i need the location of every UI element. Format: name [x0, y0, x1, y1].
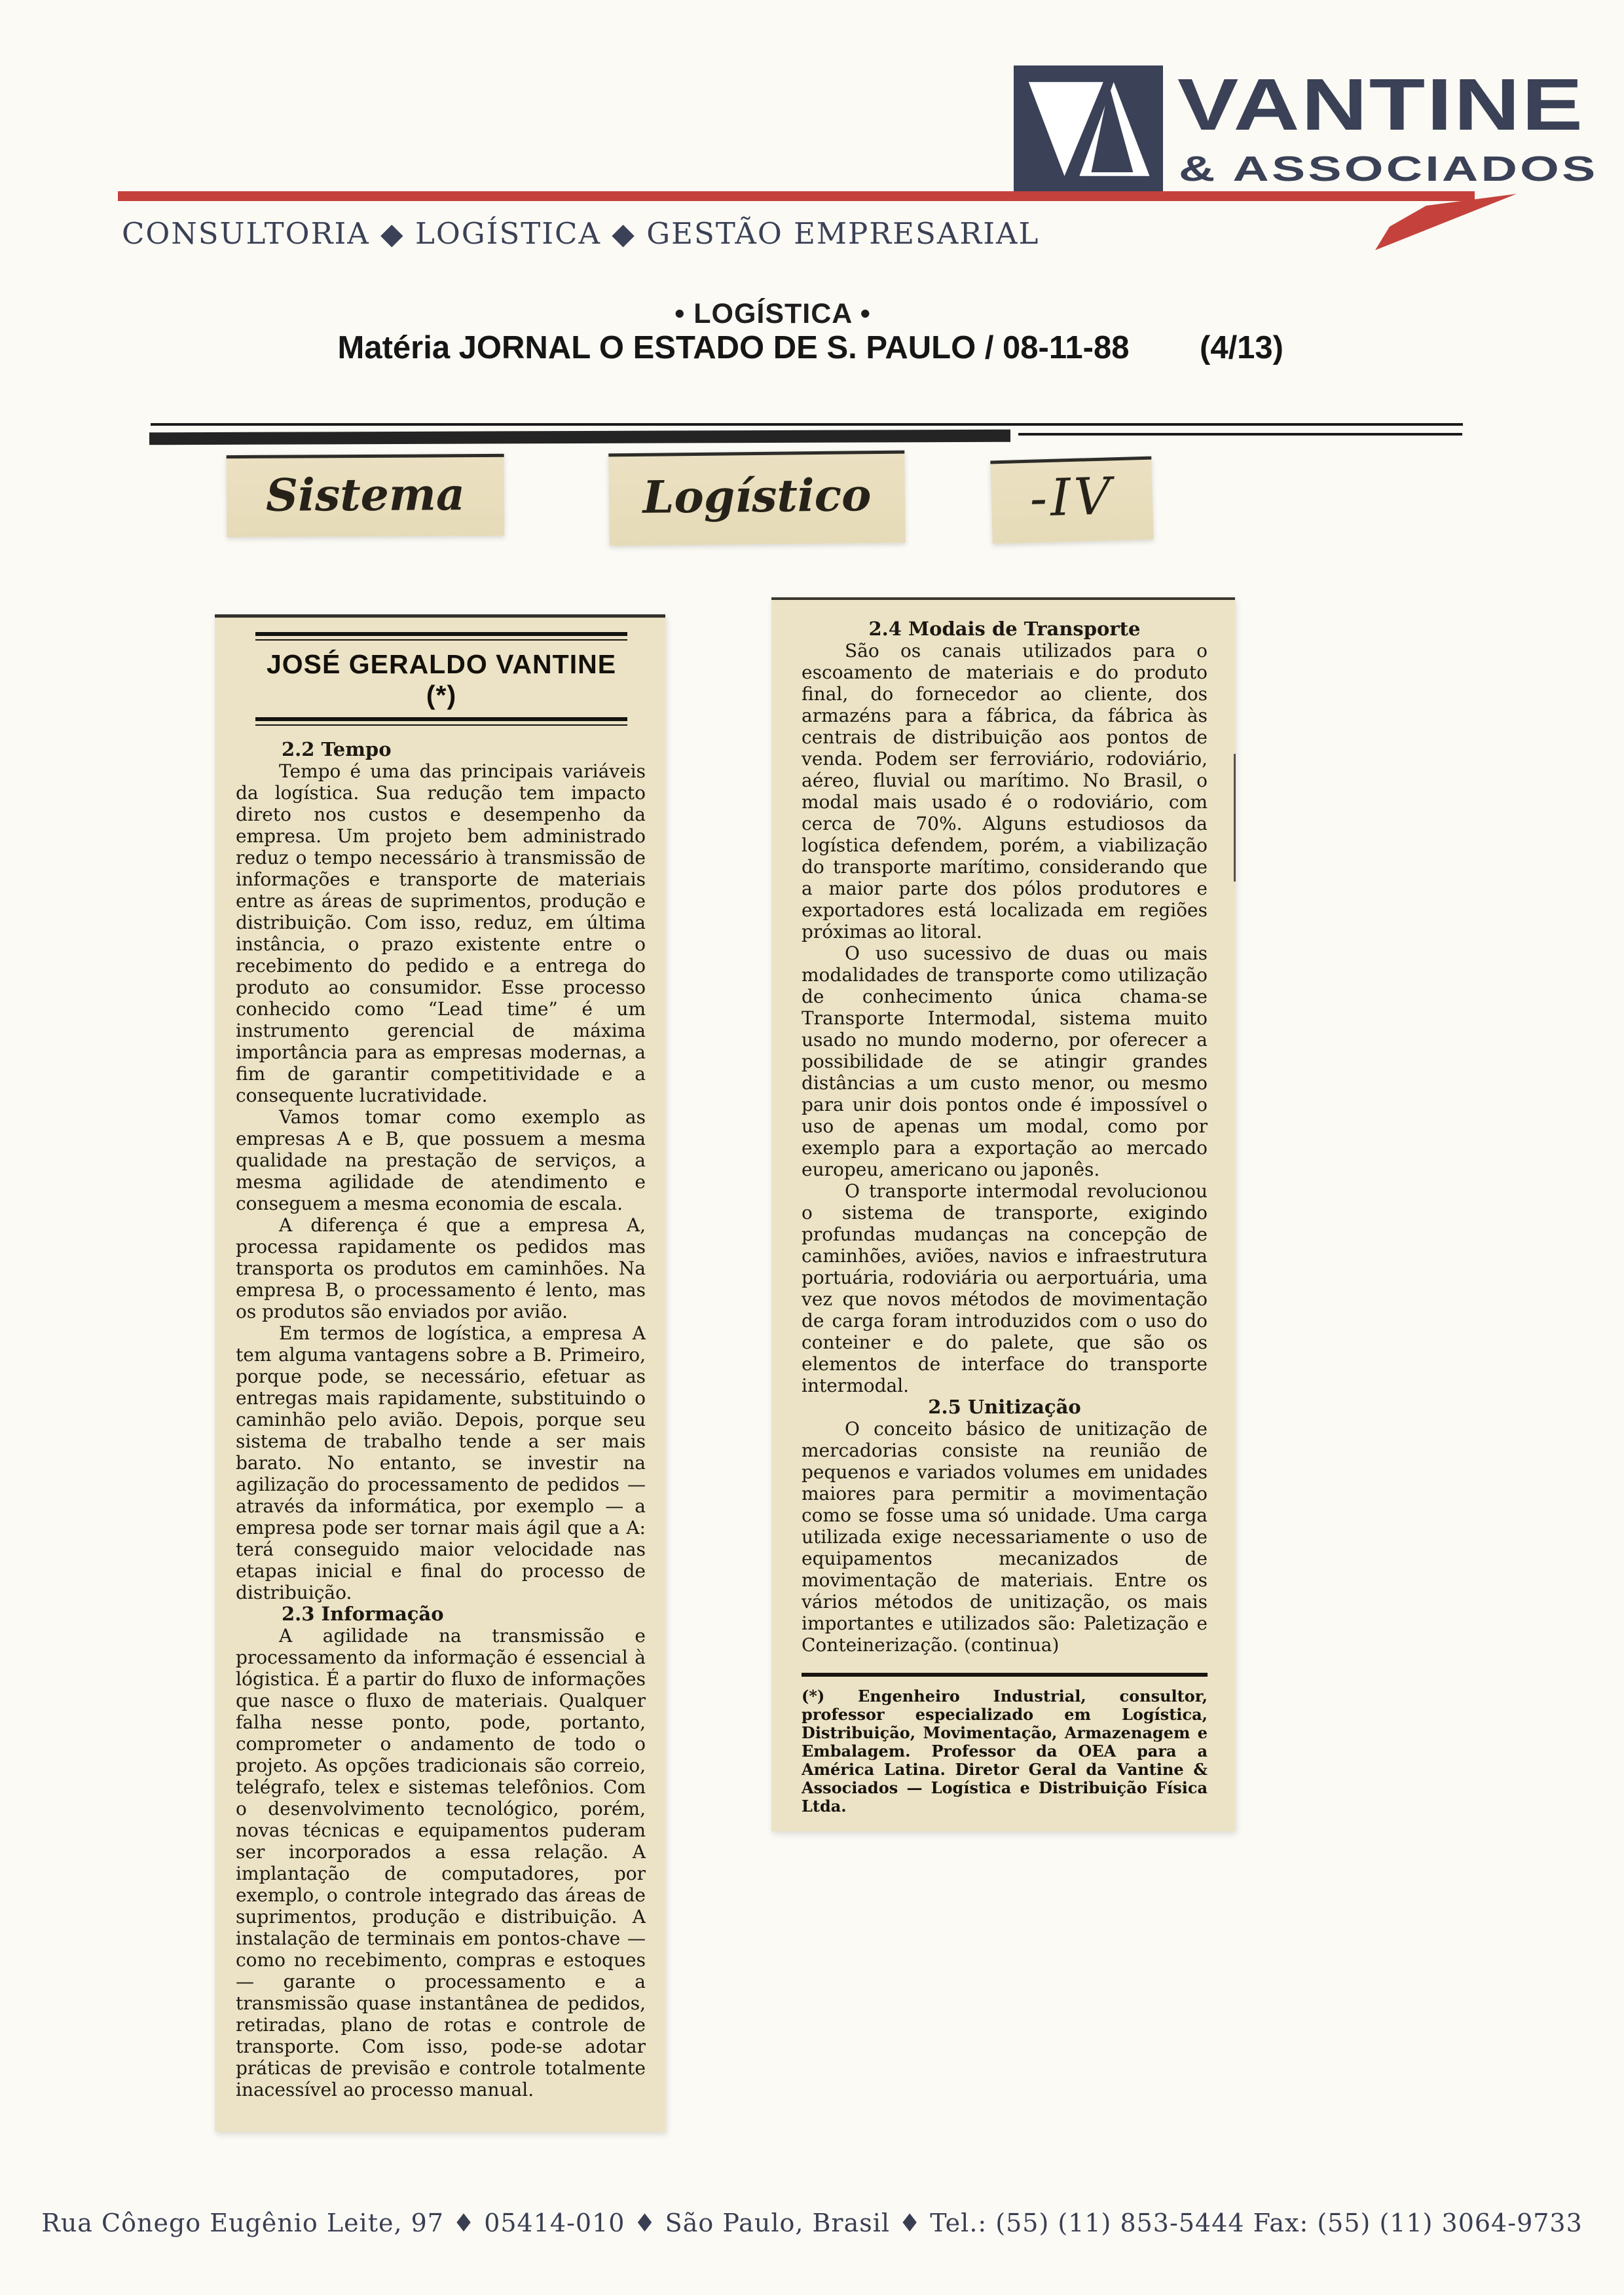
source-line: Matéria JORNAL O ESTADO DE S. PAULO / 08… — [79, 329, 1388, 366]
article-paragraph: São os canais utilizados para o escoamen… — [802, 640, 1208, 942]
section-heading: 2.2 Tempo — [236, 739, 646, 760]
article-paragraph: Vamos tomar como exemplo as empresas A e… — [236, 1106, 646, 1214]
brand-suffix: & ASSOCIADOS — [1179, 151, 1598, 187]
page-ref: (4/13) — [1200, 329, 1283, 366]
headline-clipping-logistico: Logístico — [608, 451, 905, 546]
headline-word-1: Sistema — [266, 468, 465, 522]
brand-name: VANTINE — [1177, 68, 1585, 141]
category-line: • LOGÍSTICA • — [0, 298, 1545, 330]
byline-rule-top — [255, 632, 627, 636]
headline-clipping-sistema: Sistema — [227, 454, 505, 537]
byline-rule-bottom — [255, 717, 627, 721]
header-rule-thick — [149, 430, 1010, 445]
article-paragraph: Tempo é uma das principais variáveis da … — [236, 760, 646, 1106]
header-rule-thin-right — [1018, 433, 1462, 436]
right-column-body: 2.4 Modais de Transporte São os canais u… — [802, 618, 1208, 1656]
letterhead-tagline: CONSULTORIA ◆ LOGÍSTICA ◆ GESTÃO EMPRESA… — [122, 216, 1039, 251]
section-heading: 2.5 Unitização — [802, 1396, 1208, 1418]
headline-word-3: -IV — [1029, 467, 1115, 529]
article-paragraph: O conceito básico de unitização de merca… — [802, 1418, 1208, 1656]
section-heading: 2.4 Modais de Transporte — [802, 618, 1208, 640]
article-paragraph: Em termos de logística, a empresa A tem … — [236, 1322, 646, 1603]
article-column-right: 2.4 Modais de Transporte São os canais u… — [771, 597, 1235, 1831]
headline-clipping-iv: -IV — [990, 457, 1153, 544]
red-rule — [118, 191, 1475, 201]
article-paragraph: A agilidade na transmissão e processamen… — [236, 1625, 646, 2100]
torn-edge-mark — [1234, 754, 1236, 882]
vantine-logo-icon — [1014, 65, 1163, 193]
letterhead-footer-address: Rua Cônego Eugênio Leite, 97 ♦ 05414-010… — [0, 2209, 1624, 2237]
article-column-left: JOSÉ GERALDO VANTINE (*) 2.2 Tempo Tempo… — [215, 614, 665, 2132]
author-footnote: (*) Engenheiro Industrial, consultor, pr… — [802, 1673, 1208, 1816]
red-arrow-icon — [1367, 189, 1524, 254]
article-paragraph: O uso sucessivo de duas ou mais modalida… — [802, 942, 1208, 1180]
header-rule-thin — [151, 423, 1463, 426]
byline-box: JOSÉ GERALDO VANTINE (*) — [255, 632, 627, 726]
section-heading: 2.3 Informação — [236, 1603, 646, 1625]
left-column-body: 2.2 Tempo Tempo é uma das principais var… — [236, 739, 646, 2100]
article-byline: JOSÉ GERALDO VANTINE (*) — [255, 641, 627, 717]
article-paragraph: A diferença é que a empresa A, processa … — [236, 1214, 646, 1322]
article-paragraph: O transporte intermodal revolucionou o s… — [802, 1180, 1208, 1396]
scanned-letterhead-page: VANTINE & ASSOCIADOS CONSULTORIA ◆ LOGÍS… — [0, 0, 1624, 2295]
byline-rule-bottom-thin — [255, 724, 627, 726]
headline-word-2: Logístico — [642, 469, 872, 524]
